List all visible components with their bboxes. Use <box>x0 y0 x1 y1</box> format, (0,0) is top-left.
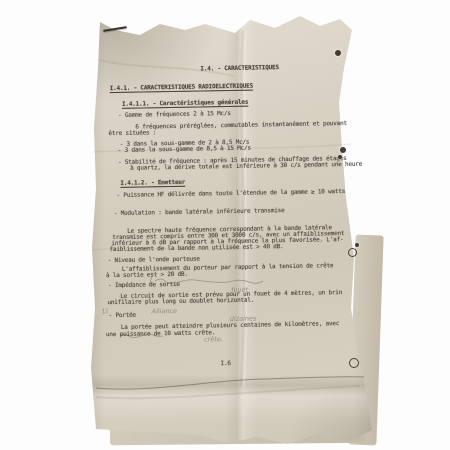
typed-line: - 3 dans la sous-gamme de 8,5 à 15 Mc/s <box>118 146 251 154</box>
typed-line: I.4.1.1. - Caractéristiques générales <box>122 100 248 108</box>
typed-line: 6 fréquences préréglées, commutables ins… <box>135 121 347 131</box>
photo-backdrop: I.4. - CARACTERISTIQUES I.4.1. - CARACTE… <box>0 0 450 450</box>
handwritten-margin-mark: 1) <box>101 307 109 316</box>
handwritten-note-portee: Alliance <box>152 307 178 315</box>
punch-hole-dot-top <box>335 50 341 56</box>
handwritten-note-distance: dizaines <box>230 315 257 323</box>
page-number: I.6 <box>220 361 230 367</box>
typed-line: - Impédance de sortie <box>108 282 180 289</box>
punch-hole-dot-lower <box>355 243 359 247</box>
handwritten-note-power: crête. <box>204 335 223 343</box>
doc-title: I.4. - CARACTERISTIQUES <box>200 65 279 72</box>
typed-line: à quartz, la dérive totale est inférieur… <box>130 162 362 172</box>
typed-line: - Niveau de l'onde porteuse <box>108 257 200 265</box>
typed-line: unifilaire plus long ou doublet horizont… <box>107 298 254 307</box>
punch-hole-ring-upper <box>348 248 357 257</box>
punch-hole-ring-lower <box>349 358 359 368</box>
typed-line: à la sortie est > 20 dB. <box>106 272 188 279</box>
typed-text-layer: I.4. - CARACTERISTIQUES I.4.1. - CARACTE… <box>0 0 450 450</box>
typed-line: - Portée <box>109 313 136 319</box>
typed-line: I.4.1.2. - Emetteur <box>120 180 185 187</box>
punch-hole-dot-mid-2 <box>338 155 342 159</box>
typed-line: - Puissance HF délivrée dans toute l'éte… <box>117 189 346 199</box>
typed-line: I.4.1. - CARACTERISTIQUES RADIOELECTRIQU… <box>110 84 253 93</box>
typed-line: - Modulation : bande latérale inférieure… <box>114 208 285 217</box>
handwritten-note-antenna: fouet <box>231 286 248 294</box>
typed-line: - Gamme de fréquences 2 à 15 Mc/s <box>118 111 231 119</box>
typed-line: faiblissement de la bande non utilisée e… <box>109 244 283 253</box>
typed-line: être situées : <box>108 130 156 137</box>
punch-hole-dot-mid <box>340 147 346 153</box>
typed-line: une puissance de 10 watts crête. <box>106 330 215 338</box>
